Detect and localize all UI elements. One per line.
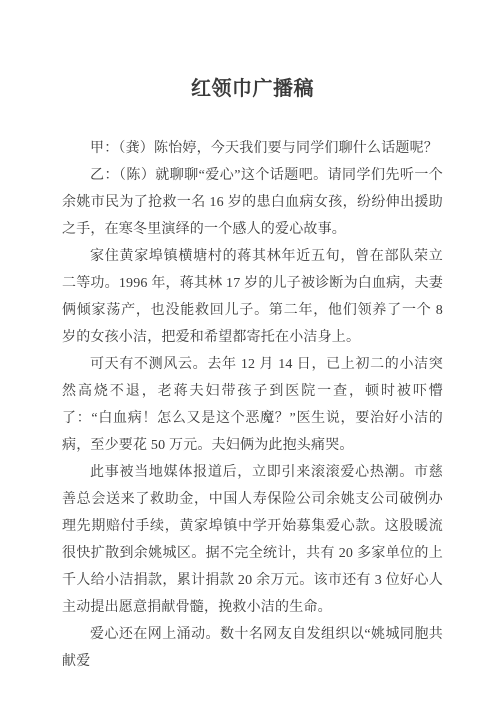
paragraph-dialog-b: 乙：（陈）就聊聊“爱心”这个话题吧。请同学们先听一个余姚市民为了抢救一名 16 … [62,162,443,243]
document-body: 甲：（龚）陈怡婷，今天我们要与同学们聊什么话题呢？ 乙：（陈）就聊聊“爱心”这个… [62,135,443,675]
paragraph-dialog-a: 甲：（龚）陈怡婷，今天我们要与同学们聊什么话题呢？ [62,135,443,162]
paragraph-story-background: 家住黄家埠镇横塘村的蒋其林年近五旬，曾在部队荣立二等功。1996 年，蒋其林 1… [62,243,443,351]
document-title: 红领巾广播稿 [62,76,443,102]
paragraph-illness: 可天有不测风云。去年 12 月 14 日，已上初二的小洁突然高烧不退，老蒋夫妇带… [62,351,443,459]
document-page: 红领巾广播稿 甲：（龚）陈怡婷，今天我们要与同学们聊什么话题呢？ 乙：（陈）就聊… [0,0,500,707]
paragraph-donations: 此事被当地媒体报道后，立即引来滚滚爱心热潮。市慈善总会送来了救助金，中国人寿保险… [62,459,443,621]
paragraph-online-love: 爱心还在网上涌动。数十名网友自发组织以“姚城同胞共献爱 [62,621,443,675]
